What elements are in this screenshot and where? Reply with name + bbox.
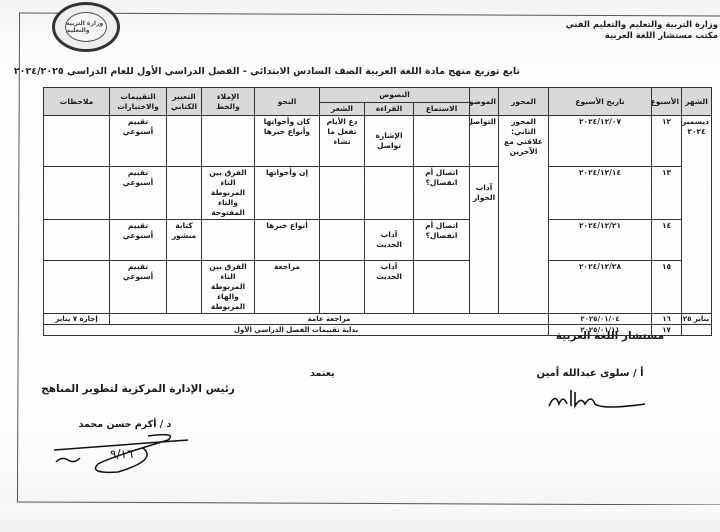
header-week: الأسبوع <box>652 88 682 116</box>
cell-reading: آداب الحديث <box>365 220 414 261</box>
document-page: وزارة التربية والتعليم والتعليم الفني مك… <box>0 0 720 532</box>
curriculum-table: الشهر الأسبوع تاريخ الأسبوع المحور الموض… <box>43 87 712 336</box>
cell-writing: كتابة منشور <box>167 220 202 261</box>
cell-assessment: تقييم أسبوعي <box>110 261 167 314</box>
cell-date: ٢٠٢٤/١٢/٠٧ <box>549 116 652 167</box>
cell-dictation: الفرق بين التاء المربوطة والتاء المفتوحة <box>202 167 255 220</box>
cell-writing <box>167 167 202 220</box>
cell-poetry <box>320 261 365 314</box>
office-name: مكتب مستشار اللغة العربية <box>566 31 718 42</box>
cell-dictation <box>202 220 255 261</box>
page-bottom-margin <box>0 505 720 532</box>
cell-assessment: تقييم أسبوعي <box>110 220 167 261</box>
cell-date: ٢٠٢٤/١٢/٢٨ <box>549 261 652 314</box>
consultant-name: أ / سلوى عبدالله أمين <box>520 368 660 379</box>
cell-poetry <box>320 220 365 261</box>
cell-date: ٢٠٢٤/١٢/١٤ <box>549 167 652 220</box>
header-month: الشهر <box>682 88 712 116</box>
ministry-seal-icon: وزارة التربية والتعليم <box>52 2 120 52</box>
header-axis: المحور <box>499 88 549 116</box>
header-dictation: الإملاء والخط <box>202 88 255 116</box>
table-row: ديسمبر ٢٠٢٤ ١٢ ٢٠٢٤/١٢/٠٧ المحور الثاني:… <box>44 116 712 167</box>
header-notes: ملاحظات <box>44 88 110 116</box>
cell-topic: آداب الحوار <box>470 167 499 314</box>
header-reading: القراءة <box>365 103 414 116</box>
approve-label: يعتمد <box>310 368 335 379</box>
cell-notes <box>44 167 110 220</box>
table-row: ١٥ ٢٠٢٤/١٢/٢٨ آداب الحديث مراجعة الفرق ب… <box>44 261 712 314</box>
table-header-row: الشهر الأسبوع تاريخ الأسبوع المحور الموض… <box>44 88 712 103</box>
cell-notes <box>44 261 110 314</box>
cell-grammar: مراجعة <box>255 261 320 314</box>
cell-assessment: تقييم أسبوعي <box>110 167 167 220</box>
ministry-header: وزارة التربية والتعليم والتعليم الفني مك… <box>566 20 718 42</box>
cell-grammar: كان وأخواتها وأنواع خبرها <box>255 116 320 167</box>
cell-notes <box>44 116 110 167</box>
table-row: ١٣ ٢٠٢٤/١٢/١٤ آداب الحوار اتصال أم انفصا… <box>44 167 712 220</box>
director-title: رئيس الإدارة المركزية لتطوير المناهج <box>38 383 238 395</box>
cell-listening: اتصال أم انفصال؟ <box>414 220 470 261</box>
cell-assessment: تقييم أسبوعي <box>110 116 167 167</box>
cell-axis: المحور الثاني: علاقتي مع الآخرين <box>499 116 549 314</box>
cell-week: ١٥ <box>652 261 682 314</box>
header-grammar: النحو <box>255 88 320 116</box>
cell-dictation <box>202 116 255 167</box>
cell-grammar: أنواع خبرها <box>255 220 320 261</box>
cell-week: ١٤ <box>652 220 682 261</box>
director-name: د / أكرم حسن محمد <box>70 419 180 430</box>
table-row: ١٤ ٢٠٢٤/١٢/٢١ اتصال أم انفصال؟ آداب الحد… <box>44 220 712 261</box>
cell-content: مراجعة عامة <box>110 314 549 325</box>
table-row-review: يناير ٢٠٢٥ ١٦ ٢٠٢٥/٠١/٠٤ مراجعة عامة إجا… <box>44 314 712 325</box>
cell-week: ١٢ <box>652 116 682 167</box>
consultant-title: مستشار اللغة العربية <box>520 330 700 342</box>
director-signature-icon: ٩/١٦ <box>48 430 198 478</box>
director-sig-date: ٩/١٦ <box>110 447 133 461</box>
cell-reading: آداب الحديث <box>365 261 414 314</box>
cell-week: ١٦ <box>652 314 682 325</box>
cell-content: بداية تقييمات الفصل الدراسي الأول <box>44 325 549 336</box>
cell-listening <box>414 261 470 314</box>
cell-week: ١٣ <box>652 167 682 220</box>
cell-listening: اتصال أم انفصال؟ <box>414 167 470 220</box>
cell-writing <box>167 116 202 167</box>
cell-notes: إجازة ٧ يناير <box>44 314 110 325</box>
header-week-date: تاريخ الأسبوع <box>549 88 652 116</box>
header-poetry: الشعر <box>320 103 365 116</box>
header-assessments: التقييمات والاختبارات <box>110 88 167 116</box>
cell-reading: الإشارة تواصل <box>365 116 414 167</box>
cell-poetry <box>320 167 365 220</box>
seal-inner-text: وزارة التربية والتعليم <box>65 12 107 42</box>
cell-notes <box>44 220 110 261</box>
header-topic: الموضوع <box>470 88 499 116</box>
cell-month: يناير ٢٠٢٥ <box>682 314 712 325</box>
cell-reading <box>365 167 414 220</box>
cell-date: ٢٠٢٤/١٢/٢١ <box>549 220 652 261</box>
header-texts-group: النصوص <box>320 88 470 103</box>
cell-writing <box>167 261 202 314</box>
document-title: تابع توزيع منهج مادة اللغة العربية الصف … <box>200 66 520 77</box>
cell-grammar: إن وأخواتها <box>255 167 320 220</box>
header-listening: الاستماع <box>414 103 470 116</box>
cell-month: ديسمبر ٢٠٢٤ <box>682 116 712 314</box>
cell-date: ٢٠٢٥/٠١/٠٤ <box>549 314 652 325</box>
ministry-name: وزارة التربية والتعليم والتعليم الفني <box>566 20 718 31</box>
cell-topic: التواصل <box>470 116 499 167</box>
header-writing: التعبير الكتابي <box>167 88 202 116</box>
cell-poetry: دع الأيام تفعل ما تشاء <box>320 116 365 167</box>
cell-dictation: الفرق بين التاء المربوطة والهاء المربوطة <box>202 261 255 314</box>
consultant-signature-icon <box>545 386 655 416</box>
cell-listening <box>414 116 470 167</box>
